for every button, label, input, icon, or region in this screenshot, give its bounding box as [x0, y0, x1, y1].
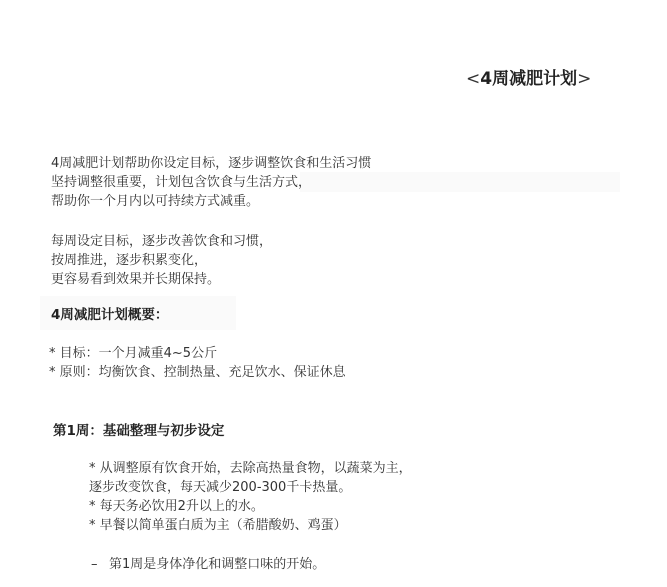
title-text: 4周减肥计划: [480, 69, 577, 89]
intro-line: 4周减肥计划帮助你设定目标，逐步调整饮食和生活习惯: [51, 154, 371, 173]
week1-item: 逐步改变饮食，每天减少200-300千卡热量。: [89, 478, 412, 497]
title-open-bracket: <: [466, 69, 480, 89]
intro-line: 帮助你一个月内以可持续方式减重。: [51, 192, 371, 211]
summary-item-goal: * 目标：一个月减重4~5公斤: [49, 344, 346, 363]
approach-line: 按周推进，逐步积累变化，: [51, 251, 272, 270]
title-close-bracket: >: [577, 69, 591, 89]
summary-heading: 4周减肥计划概要：: [51, 303, 168, 323]
summary-list: * 目标：一个月减重4~5公斤 * 原则：均衡饮食、控制热量、充足饮水、保证休息: [49, 344, 346, 382]
week1-item: * 从调整原有饮食开始，去除高热量食物，以蔬菜为主，: [89, 459, 412, 478]
intro-paragraph: 4周减肥计划帮助你设定目标，逐步调整饮食和生活习惯 坚持调整很重要，计划包含饮食…: [51, 154, 371, 211]
week1-list: * 从调整原有饮食开始，去除高热量食物，以蔬菜为主， 逐步改变饮食，每天减少20…: [89, 459, 412, 535]
intro-line: 坚持调整很重要，计划包含饮食与生活方式，: [51, 173, 371, 192]
week1-heading: 第1周：基础整理与初步设定: [53, 419, 224, 439]
approach-line: 更容易看到效果并长期保持。: [51, 270, 272, 289]
approach-line: 每周设定目标，逐步改善饮食和习惯，: [51, 232, 272, 251]
week1-item: * 每天务必饮用2升以上的水。: [89, 497, 412, 516]
week1-note: –第1周是身体净化和调整口味的开始。: [91, 555, 325, 574]
dash-bullet: –: [91, 555, 109, 574]
document-title: <4周减肥计划>: [466, 64, 591, 89]
week1-note-text: 第1周是身体净化和调整口味的开始。: [109, 557, 325, 572]
weekly-approach-paragraph: 每周设定目标，逐步改善饮食和习惯， 按周推进，逐步积累变化， 更容易看到效果并长…: [51, 232, 272, 289]
week1-item: * 早餐以简单蛋白质为主（希腊酸奶、鸡蛋）: [89, 516, 412, 535]
summary-item-principle: * 原则：均衡饮食、控制热量、充足饮水、保证休息: [49, 363, 346, 382]
